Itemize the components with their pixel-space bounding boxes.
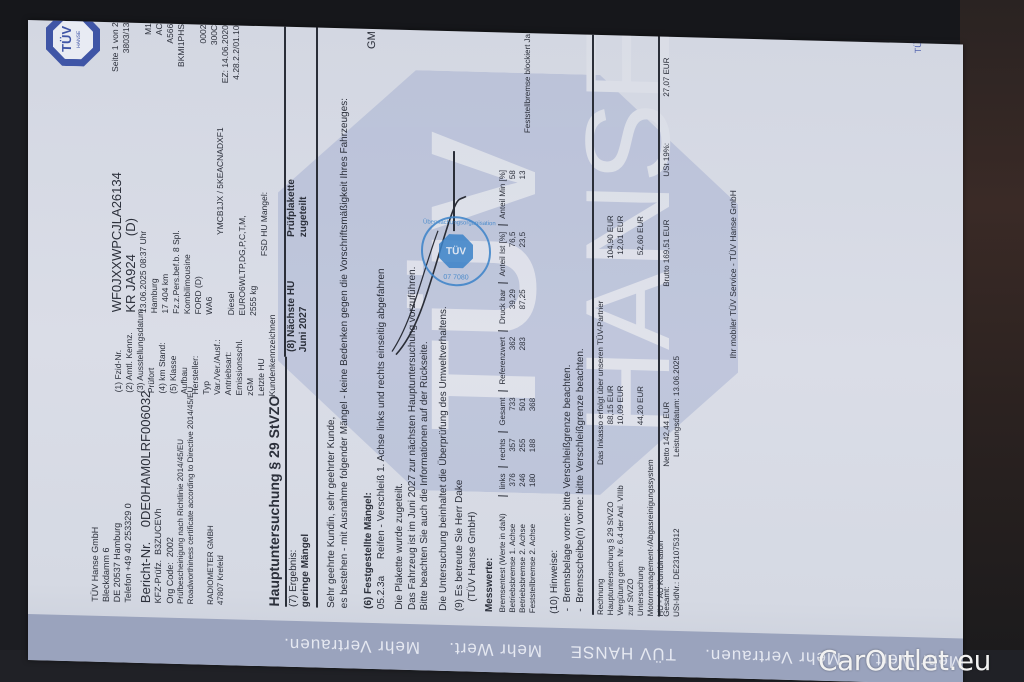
report-number-label: Bericht-Nr. [138,541,153,603]
measurement-cell: Betriebsbremse 1. Achse [508,496,518,613]
measurement-cell: 39,29 [508,283,518,331]
parking-brake-note: Feststellbremse blockiert Ja [523,34,532,133]
measurement-cell: 362 [508,331,518,392]
report-number-block: Bericht-Nr. 0DE0HAM0LRF006032 KFZ-Prüfz.… [140,390,176,603]
invoice-net-amounts: 88,15 EUR 10,09 EUR 44,20 EUR [606,385,646,456]
result-block: (7) Ergebnis: geringe Mängel [288,533,312,607]
kfz-code: B3ZUCEVh [153,508,163,555]
brake-measurements-table: Bremsentest (Werte in daN)linksrechtsGes… [498,164,538,614]
table-row: Betriebsbremse 1. Achse37635773336239,29… [508,164,518,613]
measurement-cell: 58 [508,164,518,226]
org-code: 2002 [165,537,175,557]
measurement-header: Gesamt [498,391,508,432]
measurement-cell [528,165,538,227]
measurement-cell: 501 [518,392,528,433]
measurement-cell: 87,25 [518,283,528,331]
background-right [960,0,1024,682]
vat-id: USt-IdNr.: DE231075312 [672,528,682,617]
measurement-header: Anteil Min [%] [498,164,508,226]
sticker-status: Prüfplakette zugeteilt [286,179,310,237]
divider [316,20,318,608]
invoice-partner-note: Das Inkasso erfolgt über unseren TÜV-Par… [596,300,606,465]
license-plate: KR JA924 [123,254,138,313]
measurement-header: Druck bar [498,283,508,331]
measurement-cell: 23,5 [518,226,528,284]
first-registration: EZ: 14.06.2020 [220,25,231,165]
report-content: TÜV Hanse GmbH Bleckdamm 6 DE 20537 Hamb… [28,20,963,624]
vat-amount: 27,07 EUR [662,57,672,96]
caroutlet-watermark-logo: CarOutlet.eu [818,644,991,677]
net-total: Netto 142,44 EUR [662,402,672,467]
band-text: TÜV HANSE [570,641,676,664]
measurement-cell: Betriebsbremse 2. Achse [518,496,528,613]
hint-item: Bremsbelage vorne: bitte Verschleißgrenz… [562,364,573,602]
tuv-logo-icon: TÜVHANSE [46,20,100,67]
defect-text: Reifen - Verschleiß 1. Achse links und r… [376,268,387,559]
next-hu-block: (8) Nächste HU Juni 2027 [286,281,310,353]
table-row: Betriebsbremse 2. Achse24625550128387,25… [518,164,528,613]
measurement-cell: 188 [528,433,538,468]
measurement-cell: 357 [508,432,518,467]
hint-item: Bremsscheibe(n) vorne: bitte Verschleißg… [575,348,586,603]
measurement-cell: 376 [508,467,518,496]
defects-block: (6) Festgestellte Mängel: 05.2.3a Reifen… [363,268,388,609]
measurements-title: Messwerte: [484,557,495,612]
result-value: geringe Mängel [300,534,312,608]
hints-block: (10) Hinweise: - Bremsbelage vorne: bitt… [548,347,587,614]
measurement-cell: 368 [528,392,538,433]
measurement-cell: 733 [508,391,518,432]
measurement-cell: 283 [518,331,528,392]
band-text: Mehr Wert. [448,638,542,660]
gm-mark: GM [366,31,378,49]
service-date: Leistungsdatum: 13.06.2025 [672,356,682,457]
divider [285,357,287,607]
divider [592,25,594,615]
measurement-cell: 246 [518,467,528,496]
inspection-stamp-icon: Überwachungsorganisation TÜV 07 7080 [421,215,491,287]
report-number: 0DE0HAM0LRF006032 [138,390,153,527]
greeting: Sehr geehrte Kundin, sehr geehrter Kunde… [326,98,351,609]
band-text: Mehr Vertrauen. [283,634,420,658]
certificate-text: Prüfbescheinigung nach Richtlinie 2014/4… [176,386,196,604]
inspection-station: RADIOMETER GMBH 47807 Krefeld [206,525,226,605]
measurement-cell [528,331,538,392]
inspector: (9) Es betreute Sie Herr Dake (TÜV Hanse… [454,479,479,611]
table-row: Feststellbremse 2. Achse180188368 [528,165,538,614]
report-title: Hauptuntersuchung § 29 StVZO [266,395,282,606]
paper: Mehr Wert. Mehr Vertrauen. TÜV HANSE Meh… [28,20,963,682]
inspection-report-sheet: Mehr Wert. Mehr Vertrauen. TÜV HANSE Meh… [28,20,963,682]
measurement-cell [528,226,538,284]
measurement-header: Anteil Ist [%] [498,225,508,283]
vehicle-codes: Seite 1 von 2 3803/13 M1 AC A566 BKMI1PH… [110,22,242,165]
next-hu-date: Juni 2027 [298,281,310,352]
gross-total: Brutto 169,51 EUR [662,219,672,286]
measurement-cell: 180 [528,468,538,497]
measurement-header: rechts [498,432,508,467]
invoice-gross-amounts: 104,90 EUR 12,01 EUR 52,60 EUR [606,215,646,286]
defect-code: 05.2.3a [376,576,387,610]
measurement-cell: Feststellbremse 2. Achse [528,497,538,614]
measurement-cell: 255 [518,433,528,468]
company-address: TÜV Hanse GmbH Bleckdamm 6 DE 20537 Hamb… [90,502,134,602]
measurement-header: Bremsentest (Werte in daN) [498,496,508,613]
measurement-cell: 13 [518,164,528,226]
footer-text: Ihr mobiler TÜV Service - TÜV Hanse GmbH [728,190,738,359]
measurement-header: links [498,467,508,496]
vehicle-field-labels: (1) Fzid-Nr. (2) Amtl. Kennz. (3) Ausste… [113,308,278,396]
measurement-cell: 76,5 [508,226,518,284]
measurement-header: Referenzwert [498,330,508,391]
measurement-cell [528,283,538,331]
